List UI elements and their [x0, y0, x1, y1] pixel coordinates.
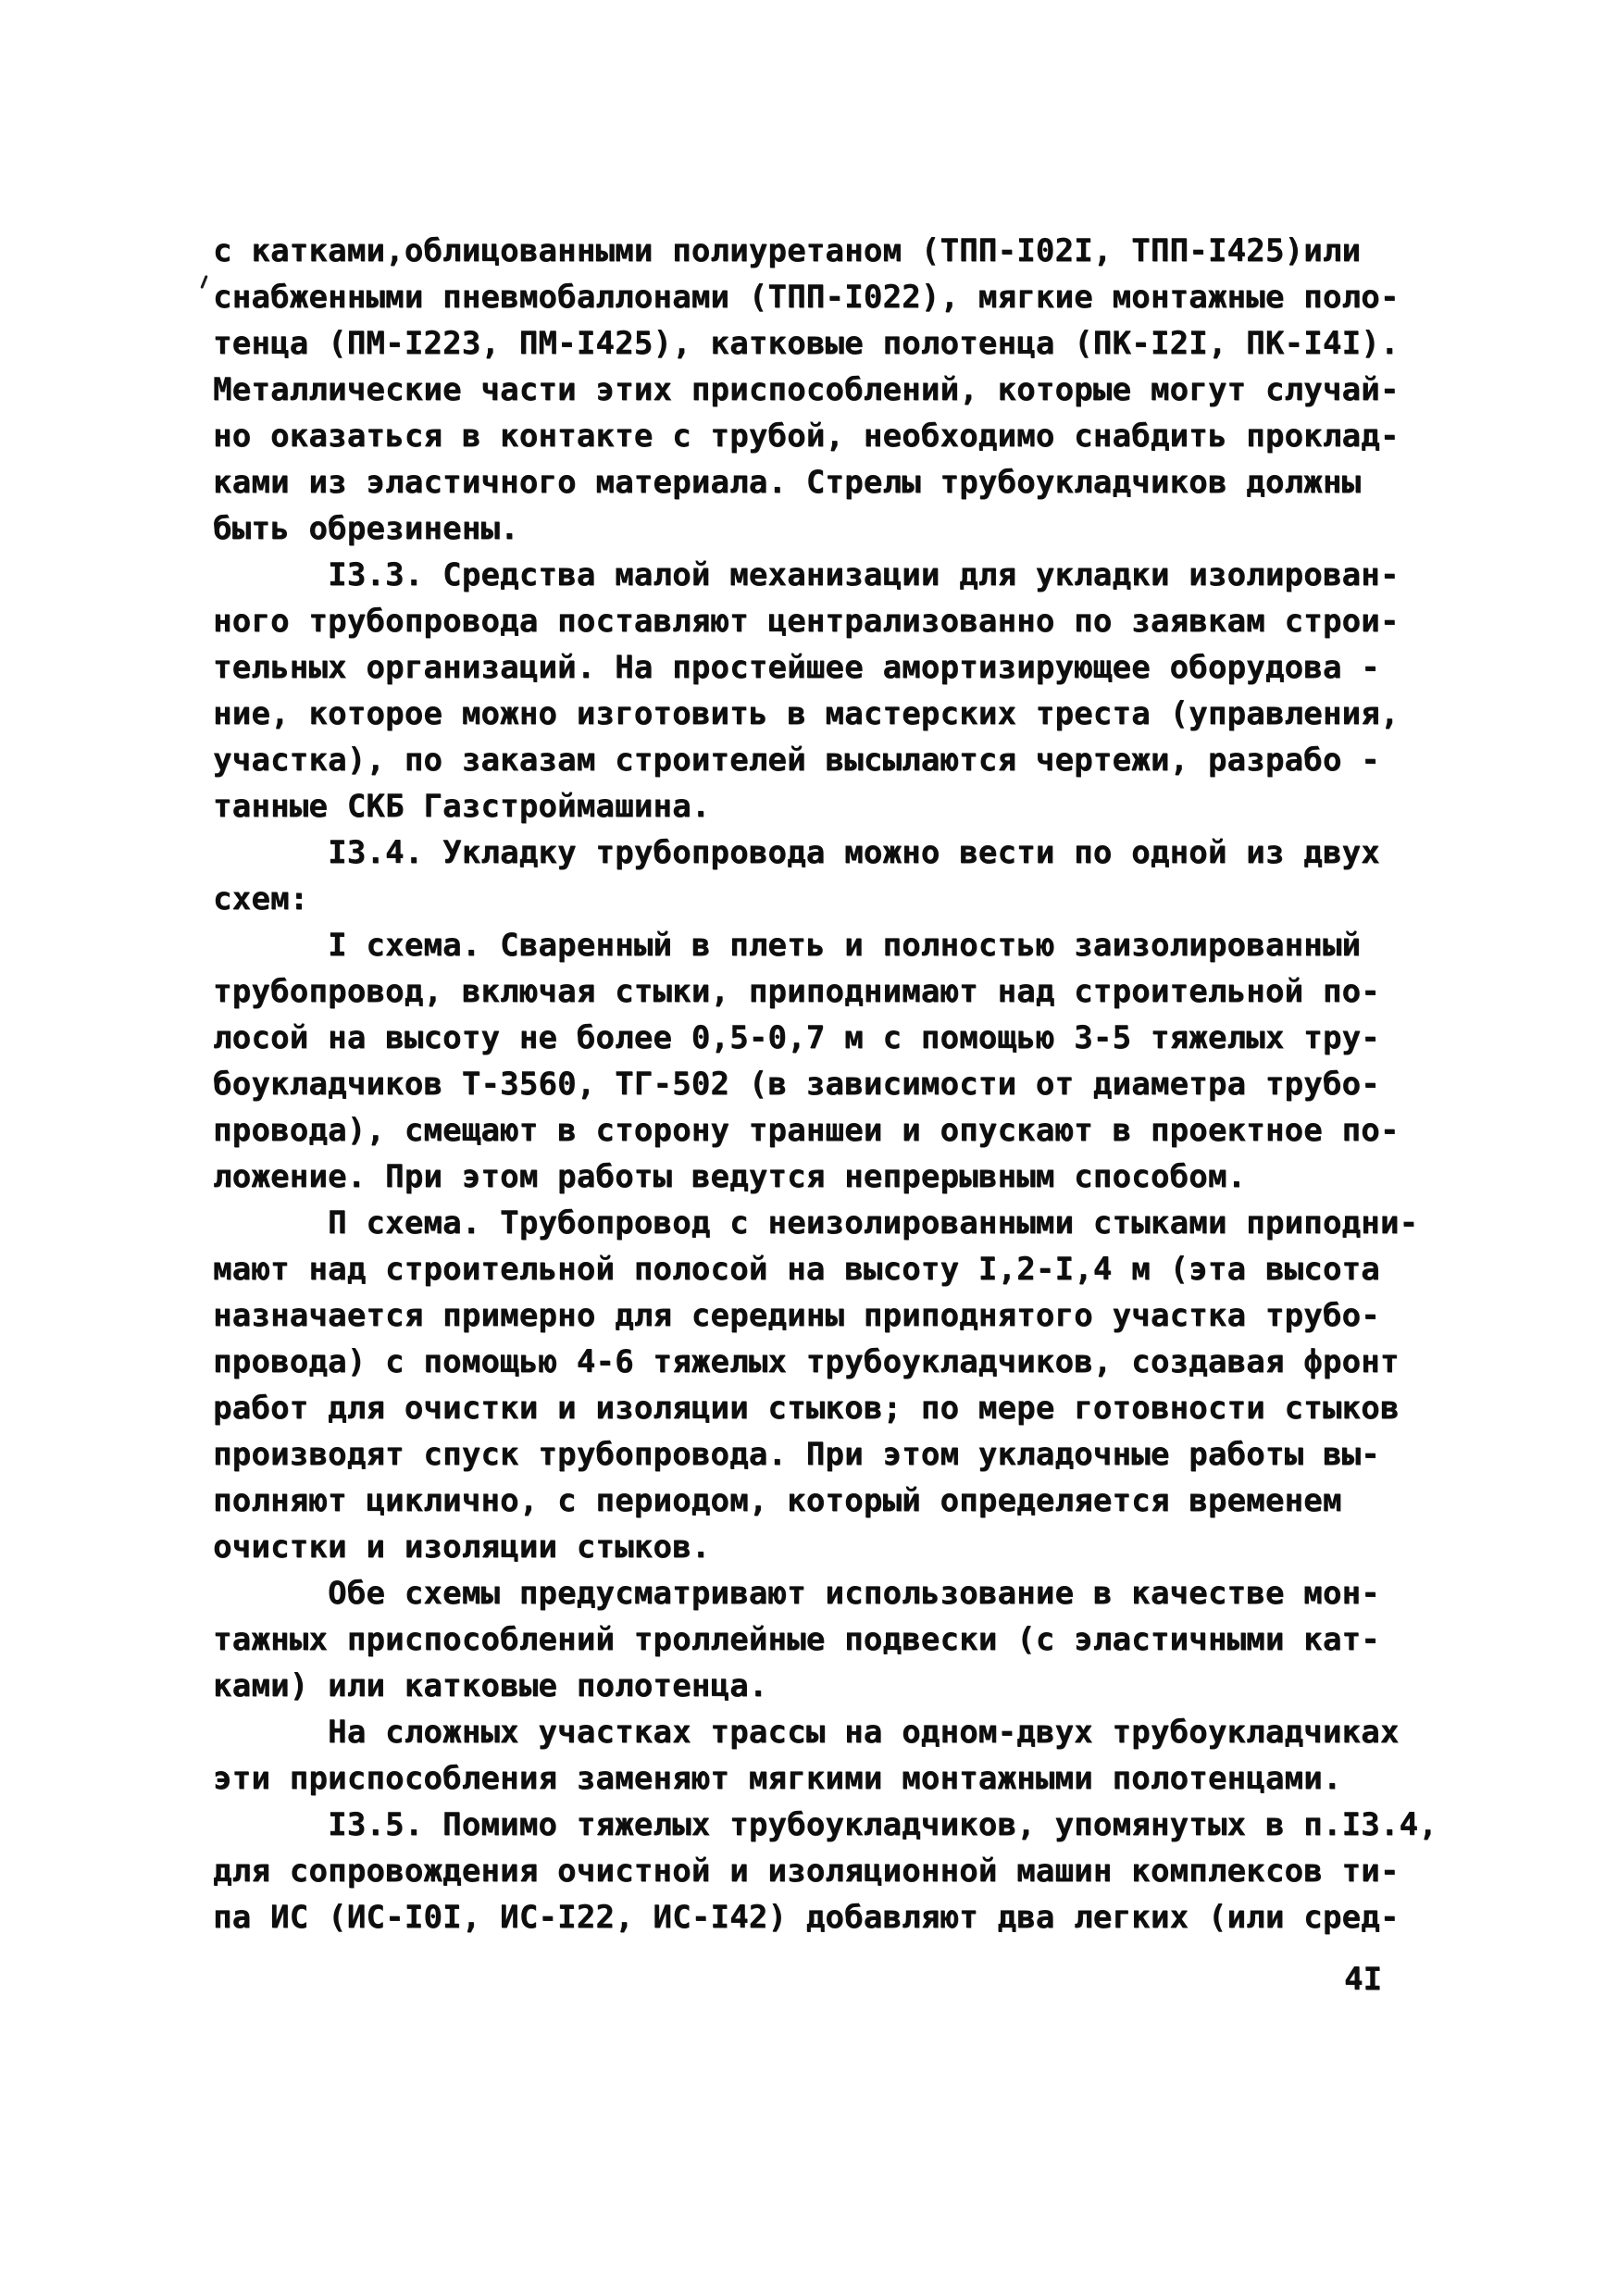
text-line: с катками,облицованными полиуретаном (ТП…	[213, 228, 1438, 274]
text-line: полняют циклично, с периодом, который оп…	[213, 1478, 1438, 1524]
text-line: но оказаться в контакте с трубой, необхо…	[213, 413, 1438, 459]
text-line: производят спуск трубопровода. При этом …	[213, 1431, 1438, 1478]
page-number: 4I	[1344, 1961, 1382, 1998]
text-line: участка), по заказам строителей высылают…	[213, 737, 1438, 783]
text-line: провода) с помощью 4-6 тяжелых трубоукла…	[213, 1339, 1438, 1385]
text-line: снабженными пневмобаллонами (ТПП-I022), …	[213, 274, 1438, 320]
text-line: тенца (ПМ-I223, ПМ-I425), катковые полот…	[213, 320, 1438, 367]
text-line: ложение. При этом работы ведутся непреры…	[213, 1154, 1438, 1200]
text-line: провода), смещают в сторону траншеи и оп…	[213, 1107, 1438, 1154]
text-line: ками) или катковые полотенца.	[213, 1663, 1438, 1709]
ink-mark	[200, 275, 207, 289]
text-line: ками из эластичного материала. Стрелы тр…	[213, 459, 1438, 505]
text-line: Обе схемы предусматривают использование …	[213, 1570, 1438, 1616]
text-line: I схема. Сваренный в плеть и полностью з…	[213, 922, 1438, 968]
text-line: Металлические части этих приспособлений,…	[213, 367, 1438, 413]
text-line: I3.3. Средства малой механизации для укл…	[213, 552, 1438, 598]
text-line: для сопровождения очистной и изоляционно…	[213, 1848, 1438, 1894]
text-line: ние, которое можно изготовить в мастерск…	[213, 691, 1438, 737]
text-line: быть обрезинены.	[213, 505, 1438, 552]
text-line: мают над строительной полосой на высоту …	[213, 1246, 1438, 1292]
text-line: работ для очистки и изоляции стыков; по …	[213, 1385, 1438, 1431]
text-line: лосой на высоту не более 0,5-0,7 м с пом…	[213, 1015, 1438, 1061]
text-line: П схема. Трубопровод с неизолированными …	[213, 1200, 1438, 1246]
text-line: па ИС (ИС-I0I, ИС-I22, ИС-I42) добавляют…	[213, 1894, 1438, 1940]
text-line: схем:	[213, 876, 1438, 922]
text-line: назначается примерно для середины припод…	[213, 1292, 1438, 1339]
text-line: I3.4. Укладку трубопровода можно вести п…	[213, 830, 1438, 876]
document-page: с катками,облицованными полиуретаном (ТП…	[0, 0, 1618, 2296]
text-line: боукладчиков Т-3560, ТГ-502 (в зависимос…	[213, 1061, 1438, 1107]
text-line: тажных приспособлений троллейные подвеск…	[213, 1616, 1438, 1663]
body-text: с катками,облицованными полиуретаном (ТП…	[213, 228, 1438, 1940]
text-line: эти приспособления заменяют мягкими монт…	[213, 1755, 1438, 1802]
text-line: тельных организаций. На простейшее аморт…	[213, 644, 1438, 691]
text-line: На сложных участках трассы на одном-двух…	[213, 1709, 1438, 1755]
text-line: трубопровод, включая стыки, приподнимают…	[213, 968, 1438, 1015]
text-line: очистки и изоляции стыков.	[213, 1524, 1438, 1570]
text-line: танные СКБ Газстроймашина.	[213, 783, 1438, 830]
text-line: ного трубопровода поставляют централизов…	[213, 598, 1438, 644]
text-line: I3.5. Помимо тяжелых трубоукладчиков, уп…	[213, 1802, 1438, 1848]
